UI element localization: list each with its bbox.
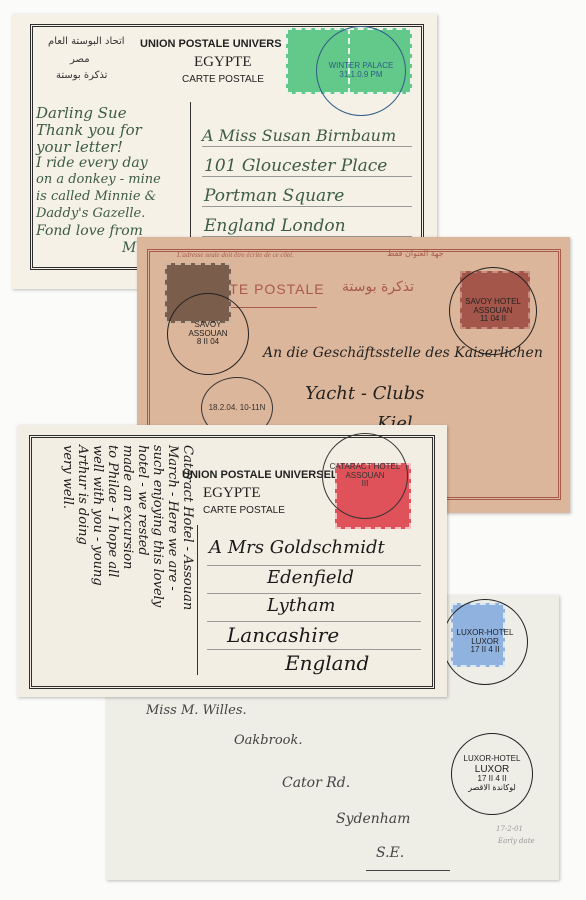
message-line: is called Minnie & — [36, 189, 156, 204]
postmark-line: 18.2.04. 10-11N — [209, 404, 266, 413]
card-type: CARTE POSTALE — [182, 74, 264, 85]
address-line: England London — [204, 216, 346, 236]
address-line: Cator Rd. — [282, 775, 350, 791]
address-line: Portman Square — [204, 186, 344, 206]
address-line: Yacht - Clubs — [305, 383, 425, 404]
postmark-savoy-right: SAVOY HOTEL ASSOUAN 11 04 II — [449, 267, 537, 355]
message-line: on a donkey - mine — [36, 172, 161, 187]
divider — [197, 525, 198, 675]
underline — [366, 870, 450, 871]
message-line: Cataract Hotel - Assouan — [180, 445, 195, 610]
message-line: Daddy's Gazelle. — [36, 206, 145, 221]
address-line: Lancashire — [227, 623, 339, 647]
arabic-card-label: تذكرة بوستة — [342, 279, 414, 295]
message-vertical: Cataract Hotel - Assouan March - Here we… — [37, 445, 197, 685]
message-line: Fond love from — [36, 223, 143, 239]
address-line: England — [285, 651, 369, 675]
country-label: EGYPTE — [203, 485, 261, 502]
address-line: Edenfield — [267, 567, 354, 588]
message-line: such enjoying this lovely — [150, 445, 165, 610]
address-line: Lytham — [267, 595, 335, 616]
address-line: Sydenham — [336, 811, 410, 827]
postmark-arabic: لوكاندة الاقصر — [468, 784, 516, 793]
message-line: very well. — [60, 445, 75, 610]
postmark-line: III — [362, 480, 369, 489]
postmark-luxor-top: LUXOR-HOTEL LUXOR 17 II 4 II — [442, 599, 528, 685]
pencil-note-date: 17-2-01 — [496, 825, 523, 833]
message-line: Thank you for — [36, 121, 142, 139]
message-line: to Philae - I hope all — [105, 445, 120, 610]
message-line: made an excursion — [120, 445, 135, 610]
postcard-cataract-hotel: UNION POSTALE UNIVERSELLE. EGYPTE CARTE … — [17, 425, 447, 697]
pencil-note-text: Early date — [498, 837, 535, 845]
arabic-country: مصر — [70, 54, 90, 65]
message-line: March - Here we are - — [165, 445, 180, 610]
address-line: S.E. — [376, 845, 404, 861]
address-line: A Mrs Goldschmidt — [209, 537, 385, 558]
message-line: hotel - we rested — [135, 445, 150, 610]
postmark-line: LUXOR-HOTEL — [464, 755, 521, 764]
message-line: well with you - young — [90, 445, 105, 610]
arabic-header: اتحاد البوستة العام — [48, 36, 125, 47]
card-type: CARTE POSTALE — [203, 505, 285, 516]
postmark-line: 17 II 4 II — [471, 646, 500, 655]
divider — [190, 102, 191, 252]
message-line: Arthur is doing — [75, 445, 90, 610]
message-line: your letter! — [36, 138, 123, 156]
address-line: 101 Gloucester Place — [204, 156, 387, 176]
country-label: EGYPTE — [194, 54, 252, 71]
address-line: A Miss Susan Birnbaum — [202, 126, 396, 145]
postmark-savoy-left: SAVOY ASSOUAN 8 II 04 — [167, 293, 249, 375]
postmark-line: 8 II 04 — [197, 338, 219, 347]
address-line: An die Geschäftsstelle des Kaiserlichen — [263, 345, 543, 361]
arabic-address-note: جهة العنوان فقط — [387, 249, 444, 258]
union-postale: UNION POSTALE UNIVERS — [140, 38, 282, 50]
postmark-line: 11 04 II — [480, 315, 506, 324]
message-line: I ride every day — [36, 155, 148, 171]
address-line: Miss M. Willes. — [146, 703, 247, 718]
message-line: Darling Sue — [36, 104, 127, 122]
address-note: L'adresse seule doit être écrite de ce c… — [177, 251, 294, 259]
postmark-line: 31.1.0.9 PM — [339, 71, 382, 80]
address-line: Oakbrook. — [234, 733, 303, 748]
arabic-card-label: تذكرة بوستة — [56, 70, 107, 81]
postmark-cataract-hotel: CATARACT HOTEL ASSOUAN III — [322, 433, 408, 519]
postmark-winter-palace: WINTER PALACE 31.1.0.9 PM — [316, 26, 406, 116]
postmark-luxor-bottom: LUXOR-HOTEL LUXOR 17 II 4 II لوكاندة الا… — [451, 733, 533, 815]
